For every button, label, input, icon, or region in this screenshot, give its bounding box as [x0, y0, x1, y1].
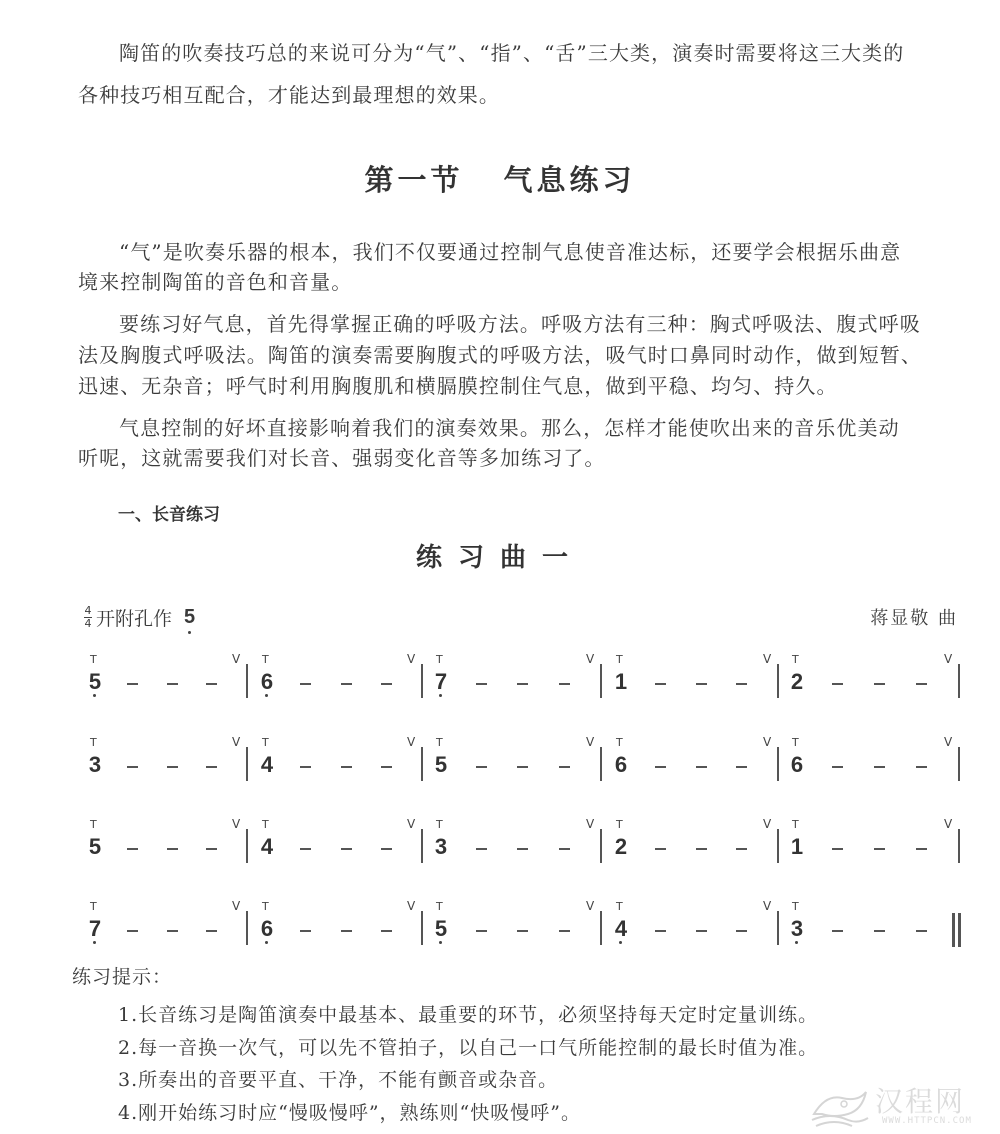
- tonguing-mark: T: [262, 654, 269, 666]
- tonguing-mark: T: [616, 901, 623, 913]
- watermark: 汉程网 WWW.HTTPCN.COM: [800, 1080, 990, 1134]
- hold-dash: [559, 848, 570, 850]
- hold-dash: [517, 766, 528, 768]
- hold-dash: [874, 930, 885, 932]
- score-measure: T6V: [790, 735, 958, 795]
- fingering-key-digit: 5: [184, 606, 195, 628]
- hold-dash: [476, 683, 487, 685]
- score-measure: T7V: [434, 652, 600, 712]
- low-octave-dot: [439, 941, 442, 944]
- hold-dash: [300, 848, 311, 850]
- tonguing-mark: T: [90, 654, 97, 666]
- tonguing-mark: T: [90, 819, 97, 831]
- note: 4: [260, 753, 274, 777]
- hold-dash: [341, 930, 352, 932]
- score-row: T7VT6VT5VT4VT3: [0, 899, 1000, 959]
- breath-mark: V: [586, 735, 594, 749]
- barline: [600, 664, 602, 698]
- barline: [600, 747, 602, 781]
- tonguing-mark: T: [436, 819, 443, 831]
- subsection-heading: 一、长音练习: [118, 500, 220, 525]
- body-line: 法及胸腹式呼吸法。陶笛的演奏需要胸腹式的呼吸方法，吸气时口鼻同时动作，做到短暂、: [78, 343, 922, 367]
- tip-item: 4.刚开始练习时应“慢吸慢呼”，熟练则“快吸慢呼”。: [118, 1098, 581, 1125]
- hold-dash: [559, 766, 570, 768]
- tonguing-mark: T: [436, 901, 443, 913]
- note: 6: [614, 753, 628, 777]
- time-signature-top: 4: [85, 606, 92, 616]
- score-measure: T3: [790, 899, 958, 959]
- breath-mark: V: [763, 817, 771, 831]
- note: 3: [790, 917, 804, 941]
- score-row: T5VT4VT3VT2VT1V: [0, 817, 1000, 877]
- score-measure: T5V: [434, 899, 600, 959]
- score-measure: T5V: [88, 817, 246, 877]
- tonguing-mark: T: [792, 901, 799, 913]
- note: 5: [88, 670, 102, 694]
- low-octave-dot: [93, 941, 96, 944]
- barline: [958, 747, 960, 781]
- barline: [777, 747, 779, 781]
- hold-dash: [696, 766, 707, 768]
- low-octave-dot: [439, 694, 442, 697]
- hold-dash: [381, 930, 392, 932]
- watermark-name: 汉程网: [875, 1080, 965, 1120]
- barline: [421, 747, 423, 781]
- note: 3: [434, 835, 448, 859]
- score-measure: T6V: [260, 652, 421, 712]
- breath-mark: V: [232, 817, 240, 831]
- score-measure: T4V: [260, 735, 421, 795]
- hold-dash: [300, 930, 311, 932]
- breath-mark: V: [232, 735, 240, 749]
- tip-item: 3.所奏出的音要平直、干净，不能有颤音或杂音。: [118, 1065, 558, 1092]
- tonguing-mark: T: [262, 819, 269, 831]
- breath-mark: V: [407, 652, 415, 666]
- tonguing-mark: T: [792, 654, 799, 666]
- hold-dash: [206, 683, 217, 685]
- piece-meta: 4 4 开附孔作 5: [84, 604, 195, 631]
- barline: [600, 829, 602, 863]
- score-measure: T4V: [260, 817, 421, 877]
- hold-dash: [127, 848, 138, 850]
- body-line: 听呢，这就需要我们对长音、强弱变化音等多加练习了。: [78, 446, 606, 470]
- hold-dash: [559, 930, 570, 932]
- tonguing-mark: T: [262, 901, 269, 913]
- tonguing-mark: T: [616, 654, 623, 666]
- section-title: 气息练习: [504, 163, 636, 197]
- hold-dash: [696, 848, 707, 850]
- score-measure: T6V: [614, 735, 777, 795]
- hold-dash: [736, 848, 747, 850]
- score-measure: T5V: [88, 652, 246, 712]
- note: 6: [260, 917, 274, 941]
- hold-dash: [916, 766, 927, 768]
- barline: [600, 911, 602, 945]
- hold-dash: [874, 766, 885, 768]
- note: 7: [88, 917, 102, 941]
- tips-header: 练习提示：: [72, 962, 172, 989]
- hold-dash: [341, 848, 352, 850]
- barline: [421, 911, 423, 945]
- low-octave-dot: [619, 941, 622, 944]
- body-line: 要练习好气息，首先得掌握正确的呼吸方法。呼吸方法有三种：胸式呼吸法、腹式呼吸: [119, 312, 921, 336]
- breath-mark: V: [586, 817, 594, 831]
- tip-item: 2.每一音换一次气，可以先不管拍子，以自己一口气所能控制的最长时值为准。: [118, 1033, 818, 1060]
- breath-mark: V: [944, 735, 952, 749]
- tonguing-mark: T: [792, 737, 799, 749]
- barline: [421, 829, 423, 863]
- hold-dash: [916, 930, 927, 932]
- note: 2: [614, 835, 628, 859]
- hold-dash: [696, 683, 707, 685]
- hold-dash: [517, 683, 528, 685]
- hold-dash: [655, 683, 666, 685]
- hold-dash: [167, 848, 178, 850]
- breath-mark: V: [407, 817, 415, 831]
- tonguing-mark: T: [90, 737, 97, 749]
- note: 6: [260, 670, 274, 694]
- hold-dash: [832, 930, 843, 932]
- intro-line: 陶笛的吹奏技巧总的来说可分为“气”、“指”、“舌”三大类，演奏时需要将这三大类的: [119, 41, 904, 65]
- hold-dash: [206, 766, 217, 768]
- intro-line: 各种技巧相互配合，才能达到最理想的效果。: [78, 83, 500, 107]
- breath-mark: V: [586, 899, 594, 913]
- note: 4: [614, 917, 628, 941]
- hold-dash: [341, 766, 352, 768]
- breath-mark: V: [763, 899, 771, 913]
- tonguing-mark: T: [616, 819, 623, 831]
- hold-dash: [341, 683, 352, 685]
- barline: [246, 829, 248, 863]
- score-measure: T3V: [434, 817, 600, 877]
- final-double-barline: [952, 913, 962, 947]
- score-row: T3VT4VT5VT6VT6V: [0, 735, 1000, 795]
- hold-dash: [476, 848, 487, 850]
- barline: [958, 829, 960, 863]
- hold-dash: [655, 848, 666, 850]
- hold-dash: [206, 930, 217, 932]
- score-row: T5VT6VT7VT1VT2V: [0, 652, 1000, 712]
- fingering-note: 开附孔作: [96, 604, 172, 631]
- note: 1: [790, 835, 804, 859]
- hold-dash: [832, 683, 843, 685]
- hold-dash: [381, 766, 392, 768]
- low-octave-dot: [188, 631, 191, 634]
- time-signature: 4 4: [84, 606, 92, 629]
- score-measure: T2V: [790, 652, 958, 712]
- hold-dash: [127, 683, 138, 685]
- barline: [246, 664, 248, 698]
- breath-mark: V: [763, 652, 771, 666]
- hold-dash: [916, 848, 927, 850]
- composer-credit: 蒋显敬 曲: [870, 604, 958, 630]
- hold-dash: [736, 683, 747, 685]
- hold-dash: [832, 848, 843, 850]
- barline: [246, 911, 248, 945]
- hold-dash: [300, 683, 311, 685]
- barline: [421, 664, 423, 698]
- hold-dash: [916, 683, 927, 685]
- hold-dash: [736, 930, 747, 932]
- tonguing-mark: T: [262, 737, 269, 749]
- tip-item: 1.长音练习是陶笛演奏中最基本、最重要的环节，必须坚持每天定时定量训练。: [118, 1000, 818, 1027]
- note: 4: [260, 835, 274, 859]
- hold-dash: [381, 848, 392, 850]
- hold-dash: [832, 766, 843, 768]
- tonguing-mark: T: [436, 654, 443, 666]
- score-measure: T1V: [614, 652, 777, 712]
- body-line: 气息控制的好坏直接影响着我们的演奏效果。那么，怎样才能使吹出来的音乐优美动: [119, 416, 900, 440]
- section-heading: 第一节气息练习: [0, 158, 1000, 199]
- hold-dash: [559, 683, 570, 685]
- breath-mark: V: [407, 899, 415, 913]
- hold-dash: [167, 766, 178, 768]
- note: 7: [434, 670, 448, 694]
- barline: [777, 829, 779, 863]
- tonguing-mark: T: [616, 737, 623, 749]
- hold-dash: [167, 930, 178, 932]
- score-measure: T3V: [88, 735, 246, 795]
- time-signature-bottom: 4: [85, 619, 92, 629]
- score-measure: T6V: [260, 899, 421, 959]
- barline: [777, 664, 779, 698]
- breath-mark: V: [586, 652, 594, 666]
- note: 5: [88, 835, 102, 859]
- score-measure: T7V: [88, 899, 246, 959]
- tonguing-mark: T: [792, 819, 799, 831]
- low-octave-dot: [93, 694, 96, 697]
- section-number: 第一节: [364, 163, 463, 197]
- hold-dash: [874, 848, 885, 850]
- hold-dash: [206, 848, 217, 850]
- hold-dash: [381, 683, 392, 685]
- note: 5: [434, 917, 448, 941]
- body-line: 迅速、无杂音；呼气时利用胸腹肌和横膈膜控制住气息，做到平稳、均匀、持久。: [78, 374, 838, 398]
- body-line: “气”是吹奏乐器的根本，我们不仅要通过控制气息使音准达标，还要学会根据乐曲意: [119, 240, 901, 264]
- barline: [777, 911, 779, 945]
- body-line: 境来控制陶笛的音色和音量。: [78, 270, 352, 294]
- hold-dash: [655, 766, 666, 768]
- breath-mark: V: [232, 899, 240, 913]
- hold-dash: [476, 766, 487, 768]
- note: 6: [790, 753, 804, 777]
- note: 3: [88, 753, 102, 777]
- barline: [246, 747, 248, 781]
- hold-dash: [696, 930, 707, 932]
- note: 1: [614, 670, 628, 694]
- low-octave-dot: [795, 941, 798, 944]
- low-octave-dot: [265, 941, 268, 944]
- hold-dash: [874, 683, 885, 685]
- low-octave-dot: [265, 694, 268, 697]
- score-measure: T1V: [790, 817, 958, 877]
- hold-dash: [127, 930, 138, 932]
- breath-mark: V: [232, 652, 240, 666]
- hold-dash: [517, 848, 528, 850]
- fingering-key: 5: [184, 606, 195, 629]
- breath-mark: V: [407, 735, 415, 749]
- breath-mark: V: [763, 735, 771, 749]
- breath-mark: V: [944, 652, 952, 666]
- watermark-url: WWW.HTTPCN.COM: [882, 1116, 972, 1126]
- hold-dash: [167, 683, 178, 685]
- score-measure: T4V: [614, 899, 777, 959]
- hold-dash: [517, 930, 528, 932]
- note: 2: [790, 670, 804, 694]
- hold-dash: [300, 766, 311, 768]
- hold-dash: [476, 930, 487, 932]
- watermark-logo-icon: [808, 1084, 872, 1128]
- score-measure: T2V: [614, 817, 777, 877]
- note: 5: [434, 753, 448, 777]
- barline: [958, 664, 960, 698]
- tonguing-mark: T: [436, 737, 443, 749]
- hold-dash: [655, 930, 666, 932]
- hold-dash: [127, 766, 138, 768]
- score-measure: T5V: [434, 735, 600, 795]
- hold-dash: [736, 766, 747, 768]
- tonguing-mark: T: [90, 901, 97, 913]
- piece-title: 练习曲一: [0, 537, 1000, 574]
- breath-mark: V: [944, 817, 952, 831]
